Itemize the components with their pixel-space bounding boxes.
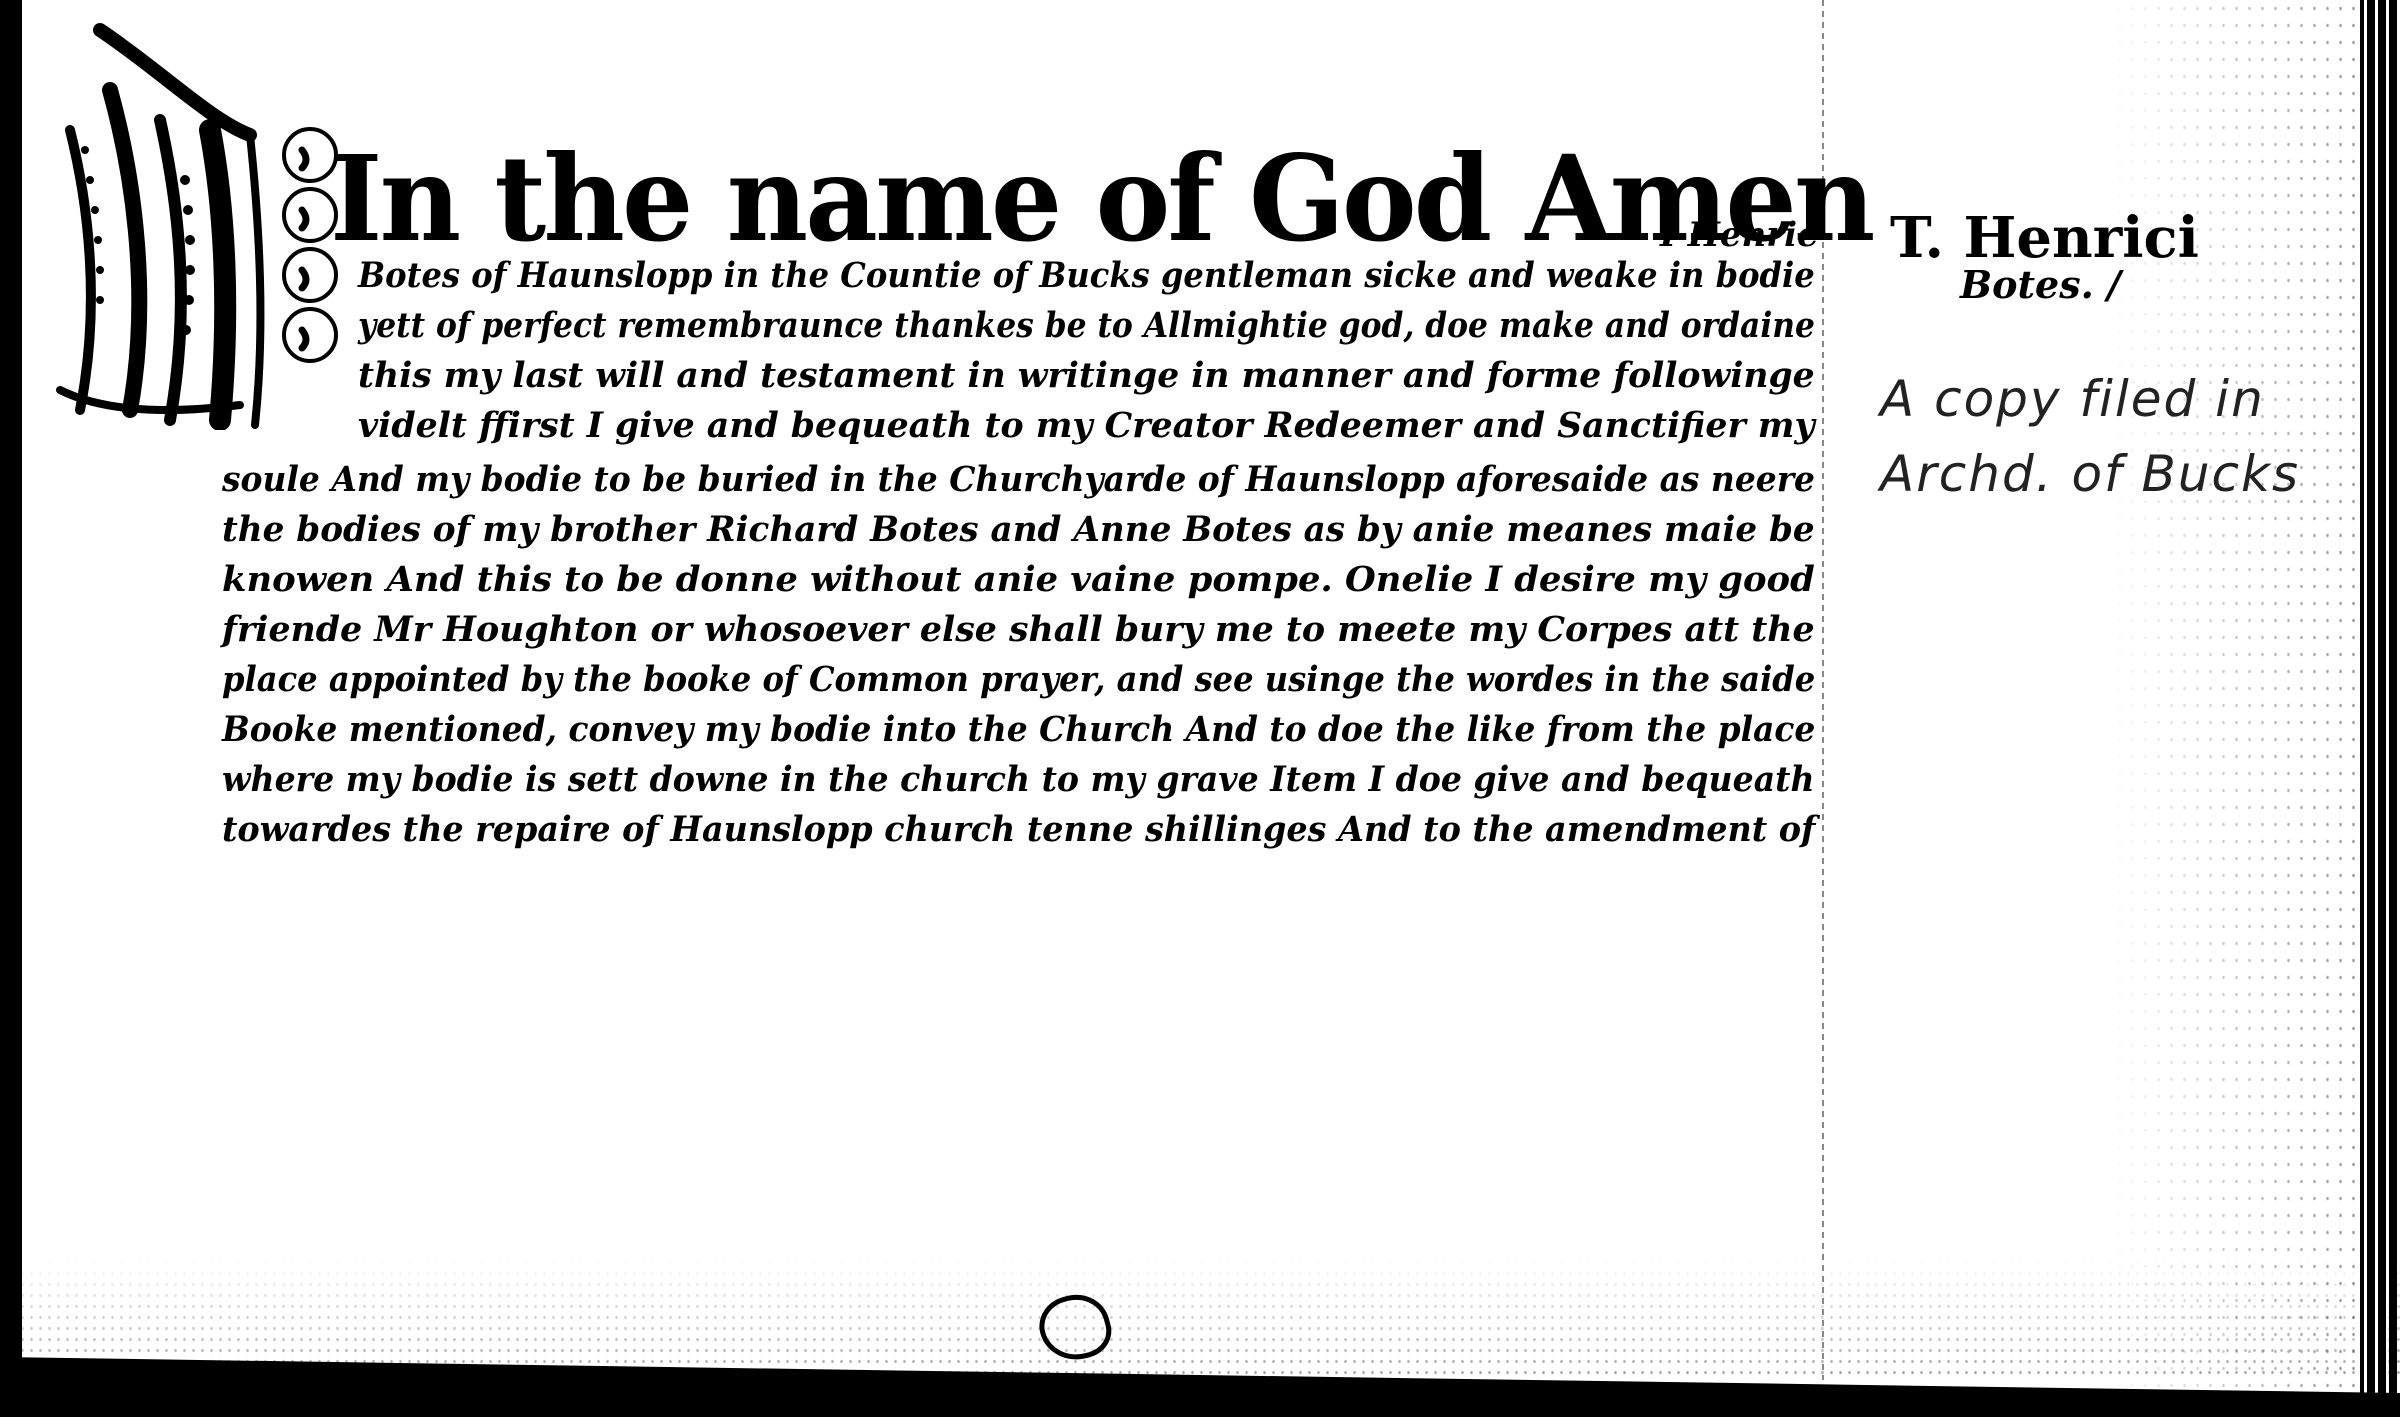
invocation-heading: In the name of God Amen: [330, 140, 1873, 258]
margin-subheading: Botes. /: [1960, 262, 2121, 307]
decorated-initial-icon: [40, 10, 340, 430]
testator-name-start: I Henrie: [1660, 215, 1819, 255]
body-line-6: the bodies of my brother Richard Botes a…: [222, 512, 1815, 547]
body-line-12: towardes the repaire of Haunslopp church…: [222, 812, 1815, 847]
body-line-7: knowen And this to be donne without anie…: [222, 562, 1815, 597]
page-bottom-noise: [0, 1257, 2400, 1377]
catalog-number: …/1/151: [210, 1378, 337, 1413]
margin-note-line-2: Archd. of Bucks: [1880, 445, 2300, 503]
body-line-8: friende Mr Houghton or whosoever else sh…: [222, 612, 1815, 647]
body-line-5: soule And my bodie to be buried in the C…: [222, 462, 1815, 497]
body-line-4: videlt ffirst I give and bequeath to my …: [358, 408, 1815, 443]
body-line-11: where my bodie is sett downe in the chur…: [222, 762, 1815, 797]
manuscript-page: In the name of God Amen I Henrie Botes o…: [0, 0, 2400, 1417]
margin-note-line-1: A copy filed in: [1880, 370, 2265, 428]
body-line-9: place appointed by the booke of Common p…: [222, 662, 1815, 697]
body-line-2: yett of perfect remembraunce thankes be …: [358, 308, 1815, 343]
scan-right-border: [2360, 0, 2400, 1417]
body-line-1: Botes of Haunslopp in the Countie of Buc…: [358, 258, 1815, 293]
scan-left-border: [0, 0, 22, 1417]
body-line-3: this my last will and testament in writi…: [358, 358, 1815, 393]
body-line-10: Booke mentioned, convey my bodie into th…: [222, 712, 1815, 747]
